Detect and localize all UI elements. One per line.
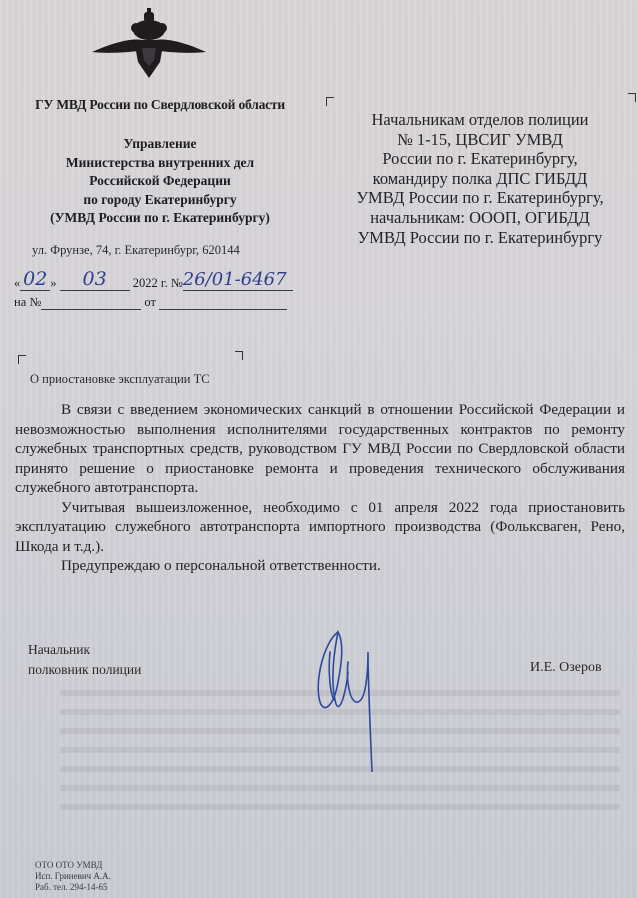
reply-date-field [159,294,287,310]
organization-block: Управление Министерства внутренних дел Р… [0,135,320,228]
addressee-line: начальникам: ОООП, ОГИБДД [330,208,630,228]
org-line: Управление [0,135,320,154]
executor-info: ОТО ОТО УМВД Исп. Гриневич А.А. Раб. тел… [35,860,111,893]
signatory-name: И.Е. Озеров [530,660,602,676]
body-paragraph: Предупреждаю о персональной ответственно… [15,556,625,576]
org-line: Министерства внутренних дел [0,154,320,173]
position-rank: полковник полиции [28,660,141,680]
date-month-field: 03 [60,268,130,291]
corner-mark-icon [326,97,334,106]
reply-reference-line: на № от [14,294,287,310]
position-title: Начальник [28,640,141,660]
organization-top: ГУ МВД России по Свердловской области [0,96,320,114]
signatory-position: Начальник полковник полиции [28,640,141,680]
reply-to-label: на № [14,295,41,309]
org-line: Российской Федерации [0,172,320,191]
reply-number-field [41,294,141,310]
corner-mark-icon [18,355,26,364]
document-number-field: 26/01-6467 [183,269,293,291]
addressee-line: Начальникам отделов полиции [330,110,630,130]
date-month-handwritten: 03 [83,268,107,290]
org-line: (УМВД России по г. Екатеринбургу) [0,209,320,228]
date-day-field: 02 [20,268,50,291]
date-day-handwritten: 02 [23,268,47,290]
addressee-line: № 1-15, ЦВСИГ УМВД [330,130,630,150]
body-paragraph: В связи с введением экономических санкци… [15,400,625,498]
addressee-block: Начальникам отделов полиции № 1-15, ЦВСИ… [330,110,630,247]
quote-close: » [50,276,56,290]
addressee-line: УМВД России по г. Екатеринбургу [330,228,630,248]
executor-phone: Раб. тел. 294-14-65 [35,882,111,893]
addressee-line: России по г. Екатеринбургу, [330,149,630,169]
executor-name: Исп. Гриневич А.А. [35,871,111,882]
double-headed-eagle-emblem-icon [84,6,214,80]
corner-mark-icon [235,351,243,360]
document-body: В связи с введением экономических санкци… [15,400,625,576]
handwritten-signature-icon [310,622,390,772]
executor-department: ОТО ОТО УМВД [35,860,111,871]
addressee-line: УМВД России по г. Екатеринбургу, [330,188,630,208]
addressee-line: командиру полка ДПС ГИБДД [330,169,630,189]
registration-line: «02» 03 2022 г. №26/01-6467 [14,268,314,290]
from-label: от [144,295,156,309]
body-paragraph: Учитывая вышеизложенное, необходимо с 01… [15,498,625,557]
document-number-handwritten: 26/01-6467 [183,269,287,290]
year-text: 2022 г. № [133,276,183,290]
document-subject: О приостановке эксплуатации ТС [30,372,210,387]
org-line: по городу Екатеринбургу [0,191,320,210]
organization-address: ул. Фрунзе, 74, г. Екатеринбург, 620144 [32,243,240,258]
corner-mark-icon [628,93,636,102]
